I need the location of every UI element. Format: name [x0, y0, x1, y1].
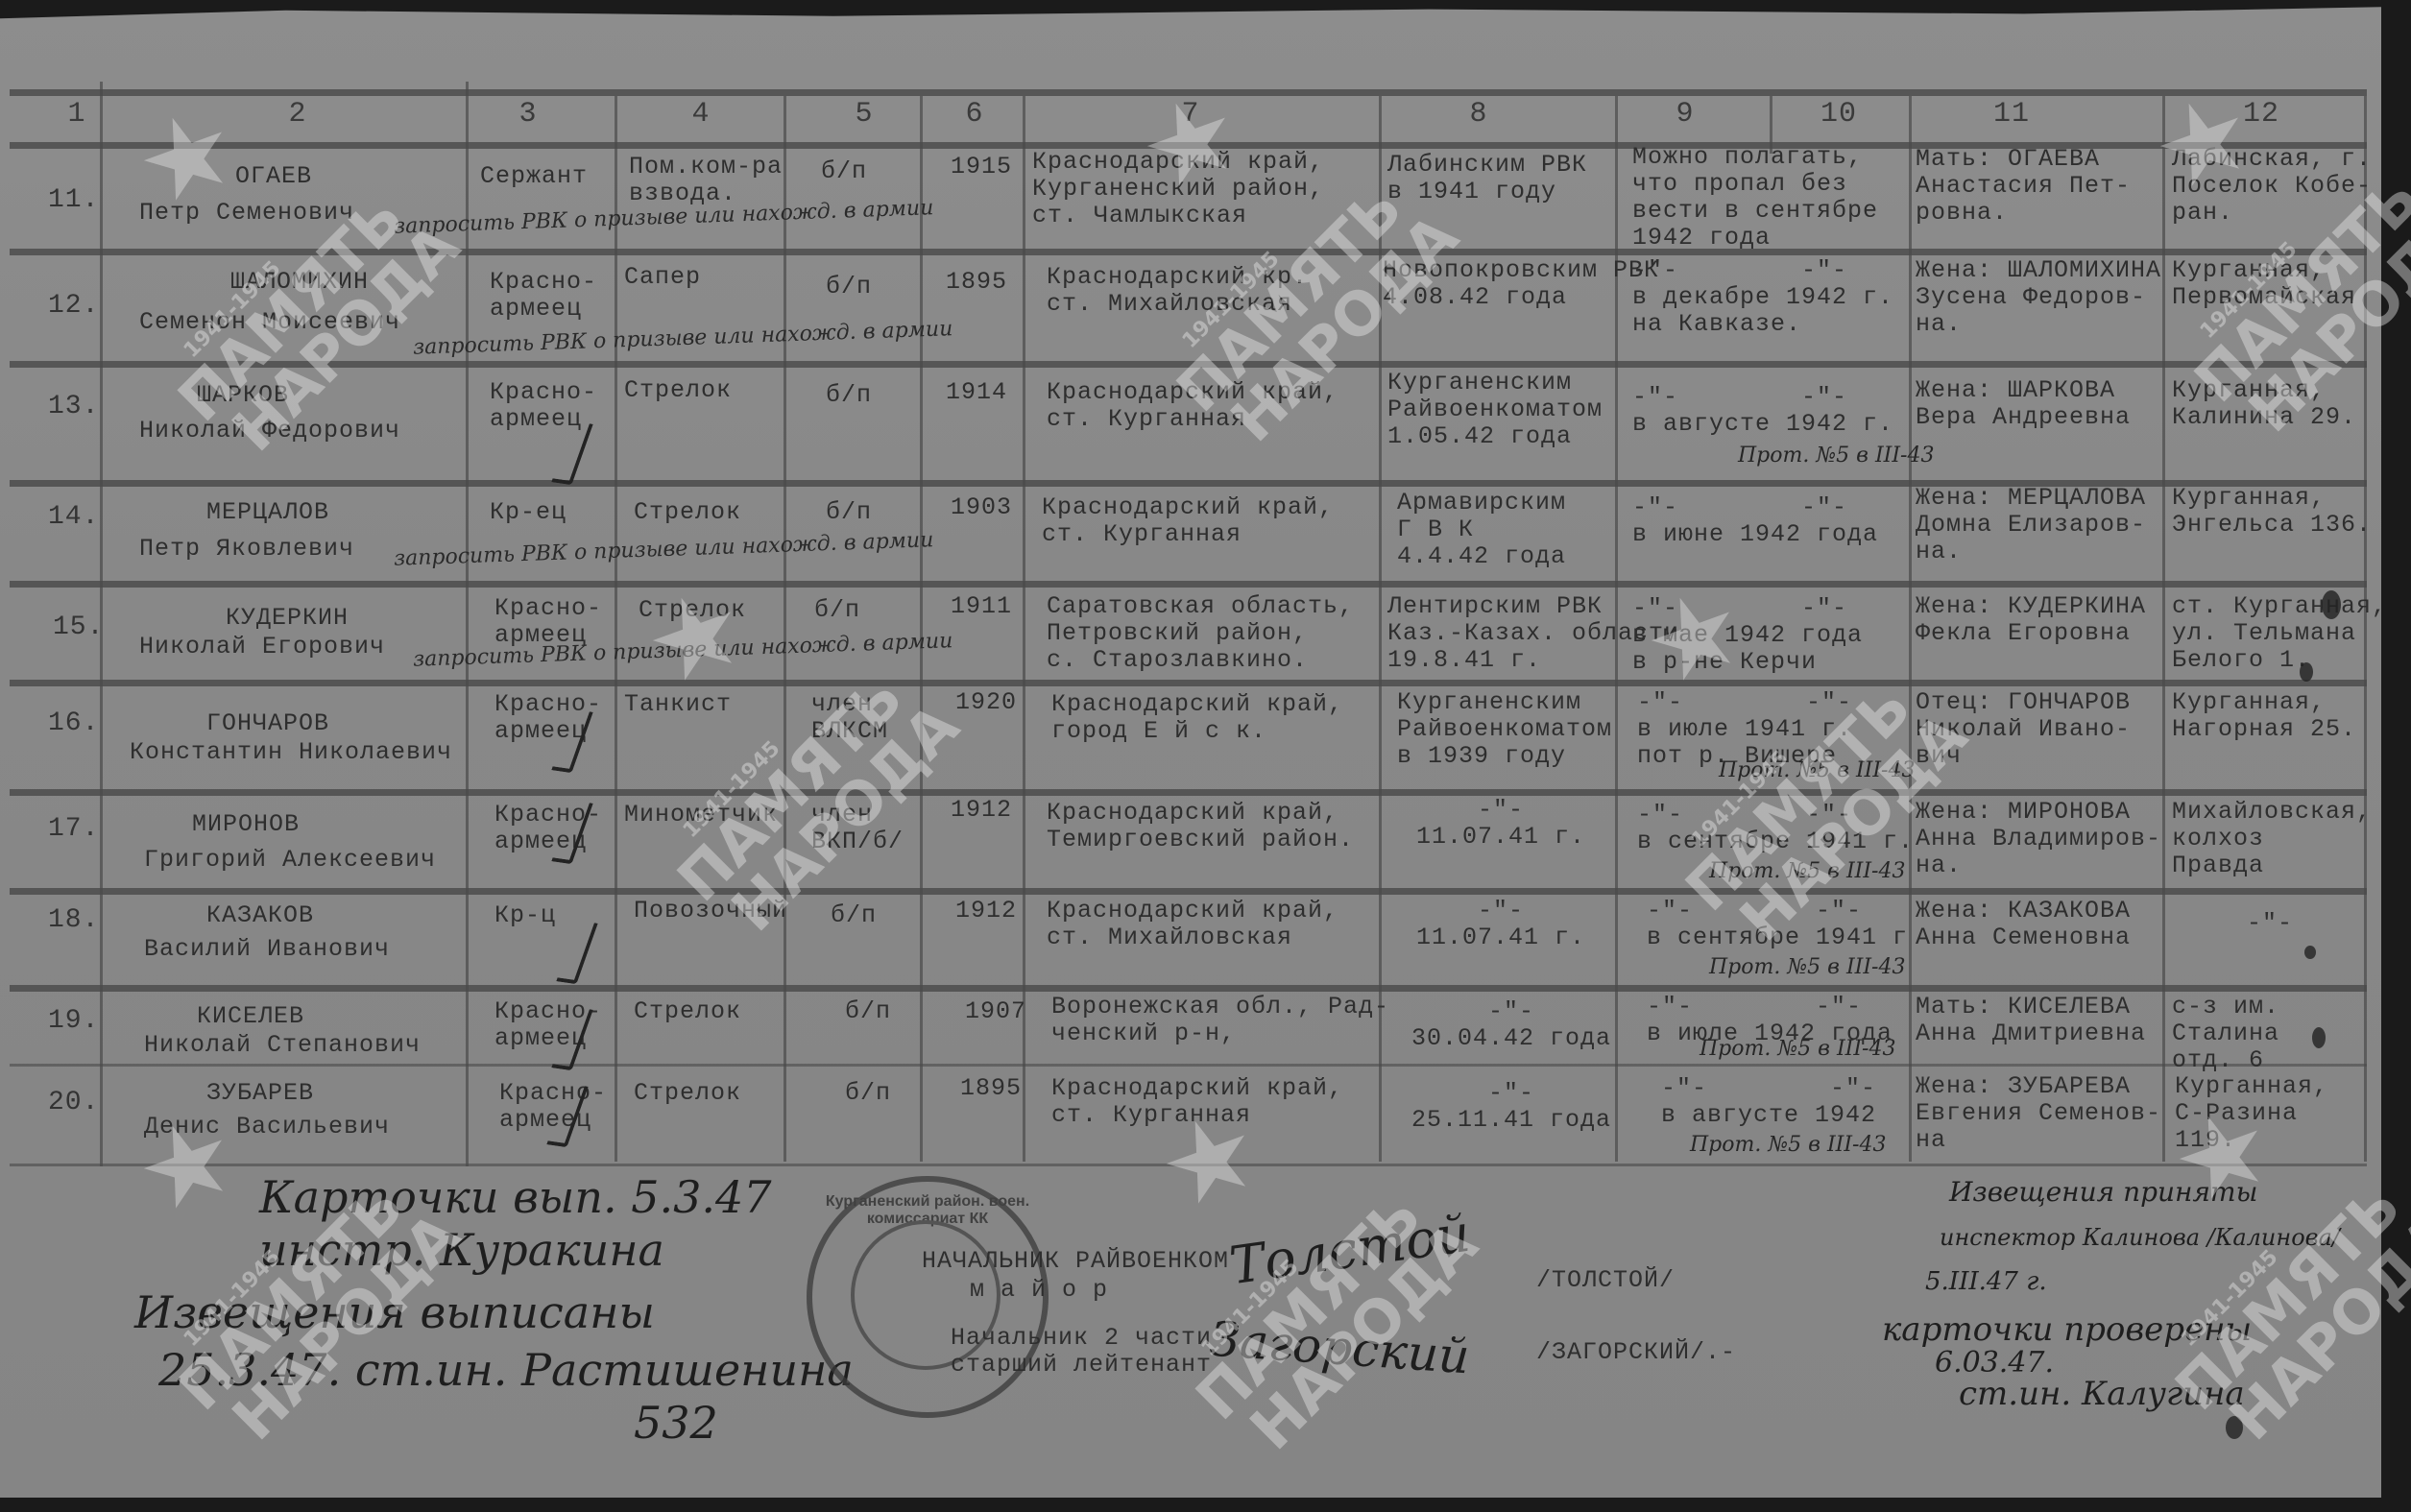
- fate: Можно полагать, что пропал без вести в с…: [1632, 144, 1878, 252]
- given-names: Константин Николаевич: [130, 739, 452, 766]
- fate: -"- -"- в августе 1942 г.: [1632, 384, 1893, 438]
- row-rule: [10, 1064, 2367, 1067]
- relative-address: Михайловская, колхоз Правда: [2172, 799, 2372, 879]
- party: б/п: [845, 998, 891, 1025]
- table-top-rule: [10, 89, 2367, 96]
- handwritten-cards-issued: Карточки вып. 5.3.47: [259, 1171, 772, 1223]
- handwritten-protocol-note: Прот. №5 в III-43: [1700, 1037, 1895, 1061]
- drafted-by: -"- 25.11.41 года: [1411, 1080, 1611, 1134]
- given-names: Петр Семенович: [139, 200, 354, 227]
- relative-address: с-з им. Сталина отд. 6: [2172, 994, 2279, 1074]
- check-mark: [556, 921, 598, 984]
- surname: МИРОНОВ: [192, 811, 300, 838]
- position: Минометчик: [624, 802, 778, 828]
- given-names: Василий Иванович: [144, 936, 390, 963]
- drafted-by: Курганенским Райвоенкоматом в 1939 году: [1397, 689, 1612, 770]
- relative: Жена: КУДЕРКИНА Фекла Егоровна: [1916, 593, 2146, 647]
- column-header-2: 2: [278, 101, 317, 128]
- paper-damage: [2304, 946, 2316, 959]
- row-rule: [10, 680, 2367, 686]
- row-number: 13.: [48, 394, 99, 420]
- row-number: 20.: [48, 1090, 99, 1116]
- relative-address: ст. Курганная, ул. Тельмана Белого 1.: [2172, 593, 2387, 674]
- party: б/п: [826, 499, 872, 526]
- birthplace: Краснодарский край, ст. Курганная: [1051, 1075, 1343, 1129]
- birthplace: Саратовская область, Петровский район, с…: [1047, 593, 1354, 674]
- party: б/п: [826, 274, 872, 300]
- row-number: 17.: [48, 816, 99, 843]
- handwritten-cards-checked: карточки проверены: [1882, 1310, 2252, 1349]
- drafted-by: -"- 30.04.42 года: [1411, 998, 1611, 1052]
- handwritten-inspector: инстр. Куракина: [259, 1224, 664, 1276]
- signatory-rank-2: старший лейтенант: [951, 1352, 1212, 1379]
- handwritten-number: 532: [634, 1397, 718, 1449]
- party: б/п: [831, 902, 877, 929]
- birth-year: 1914: [946, 379, 1007, 406]
- surname: КУДЕРКИН: [226, 605, 349, 632]
- surname: КИСЕЛЕВ: [197, 1003, 304, 1030]
- row-number: 12.: [48, 293, 99, 320]
- birth-year: 1920: [955, 689, 1017, 716]
- relative: Мать: ОГАЕВА Анастасия Пет- ровна.: [1916, 146, 2131, 227]
- given-names: Петр Яковлевич: [139, 536, 354, 563]
- birth-year: 1895: [946, 269, 1007, 296]
- handwritten-note: запросить РВК о призыве или нахожд. в ар…: [413, 317, 953, 360]
- fate: -"- -"- в сентябре 1941 г: [1647, 898, 1908, 951]
- row-number: 16.: [48, 710, 99, 737]
- relative: Жена: ЗУБАРЕВА Евгения Семенов- на: [1916, 1073, 2161, 1154]
- column-header-10: 10: [1815, 101, 1863, 128]
- party: б/п: [814, 597, 860, 624]
- row-number: 11.: [48, 187, 99, 214]
- row-rule: [10, 361, 2367, 368]
- position: Повозочный: [634, 898, 787, 924]
- rank: Красно- армеец: [490, 269, 597, 323]
- given-names: Николай Степанович: [144, 1032, 421, 1059]
- relative-address: Курганная, Калинина 29.: [2172, 377, 2356, 431]
- fate: -"- -"- в декабре 1942 г. на Кавказе.: [1632, 257, 1893, 338]
- position: Стрелок: [634, 998, 741, 1025]
- given-names: Денис Васильевич: [144, 1114, 390, 1140]
- birthplace: Краснодарский край, Курганенский район, …: [1032, 149, 1324, 229]
- relative-address: Курганная, Нагорная 25.: [2172, 689, 2356, 743]
- birthplace: Краснодарский край, город Е й с к.: [1051, 691, 1343, 745]
- relative: Жена: ШАРКОВА Вера Андреевна: [1916, 377, 2131, 431]
- relative: Жена: ШАЛОМИХИНА Зусена Федоров- на.: [1916, 257, 2161, 338]
- row-rule: [10, 985, 2367, 992]
- handwritten-protocol-note: Прот. №5 в III-43: [1738, 444, 1934, 468]
- birth-year: 1911: [951, 593, 1012, 620]
- relative-address: Курганная, С-Разина 119.: [2175, 1073, 2328, 1154]
- drafted-by: Армавирским Г В К 4.4.42 года: [1397, 490, 1566, 570]
- party: б/п: [821, 158, 867, 185]
- birth-year: 1903: [951, 494, 1012, 521]
- handwritten-protocol-note: Прот. №5 в III-43: [1709, 859, 1905, 883]
- column-header-3: 3: [509, 101, 547, 128]
- rank: Сержант: [480, 163, 588, 190]
- position: Танкист: [624, 691, 732, 718]
- signatory-title: НАЧАЛЬНИК РАЙВОЕНКОМ: [922, 1248, 1229, 1275]
- row-rule: [10, 581, 2367, 588]
- party: б/п: [826, 382, 872, 409]
- given-names: Николай Федорович: [139, 418, 400, 444]
- row-number: 19.: [48, 1008, 99, 1035]
- birth-year: 1907: [965, 998, 1026, 1025]
- column-rule: [615, 96, 617, 1162]
- signatory-name-2: /ЗАГОРСКИЙ/.-: [1536, 1339, 1736, 1366]
- fate: -"- -"- в августе 1942: [1661, 1075, 1876, 1129]
- document-page: 1 2 3 4 5 6 7 8 9 10 11 12 11. ОГАЕВ Пет…: [0, 0, 2381, 1498]
- birth-year: 1895: [960, 1075, 1022, 1102]
- relative: Жена: МИРОНОВА Анна Владимиров- на.: [1916, 799, 2161, 879]
- watermark-star-icon: [132, 103, 242, 213]
- position: Стрелок: [634, 499, 741, 526]
- row-number: 18.: [48, 907, 99, 934]
- handwritten-protocol-note: Прот. №5 в III-43: [1709, 955, 1905, 979]
- paper-damage: [2226, 1416, 2243, 1439]
- handwritten-protocol-note: Прот. №5 в III-43: [1719, 758, 1915, 782]
- surname: ЗУБАРЕВ: [206, 1080, 314, 1107]
- fate: -"- -"- в сентябре 1941 г.: [1637, 802, 1914, 855]
- column-rule: [784, 96, 786, 1162]
- surname: ГОНЧАРОВ: [206, 710, 329, 737]
- relative: Мать: КИСЕЛЕВА Анна Дмитриевна: [1916, 994, 2146, 1047]
- column-header-8: 8: [1459, 101, 1498, 128]
- column-rule: [466, 82, 469, 1166]
- given-names: Григорий Алексеевич: [144, 847, 436, 874]
- drafted-by: -"- 11.07.41 г.: [1416, 898, 1585, 951]
- handwritten-check-inspector: ст.ин. Калугина: [1959, 1375, 2245, 1413]
- signatory-title-2: Начальник 2 части: [951, 1325, 1212, 1352]
- row-rule: [10, 888, 2367, 895]
- rank: Кр-ц: [494, 902, 556, 929]
- birth-year: 1912: [951, 797, 1012, 824]
- handwritten-protocol-note: Прот. №5 в III-43: [1690, 1133, 1886, 1157]
- column-rule: [2162, 96, 2165, 1162]
- paper-damage: [2322, 590, 2341, 619]
- drafted-by: -"- 11.07.41 г.: [1416, 797, 1585, 851]
- birthplace: Краснодарский край, Темиргоевский район.: [1047, 800, 1354, 853]
- row-rule: [10, 789, 2367, 796]
- position: Стрелок: [624, 377, 732, 404]
- column-header-11: 11: [1988, 101, 2036, 128]
- relative-address: Курганная, Первомайская: [2172, 257, 2356, 311]
- fate: -"- -"- в июне 1942 года: [1632, 494, 1878, 548]
- signature-2: Загорский: [1208, 1311, 1471, 1385]
- position: Сапер: [624, 264, 701, 291]
- given-names: Николай Егорович: [139, 634, 385, 660]
- birthplace: Краснодарский край, ст. Курганная: [1047, 379, 1338, 433]
- relative-address: -"-: [2247, 910, 2293, 937]
- column-header-4: 4: [682, 101, 720, 128]
- surname: ОГАЕВ: [235, 163, 312, 190]
- party: член ВКП/б/: [811, 802, 904, 855]
- relative: Отец: ГОНЧАРОВ Николай Ивано- вич: [1916, 689, 2131, 770]
- signatory-rank: м а й о р: [970, 1277, 1108, 1304]
- birthplace: Краснодарский край, ст. Курганная: [1042, 494, 1334, 548]
- row-rule: [10, 249, 2367, 255]
- column-header-9: 9: [1666, 101, 1704, 128]
- birthplace: Краснодарский край, ст. Михайловская: [1047, 898, 1338, 951]
- party: б/п: [845, 1080, 891, 1107]
- handwritten-date-inspector: 25.3.47. ст.ин. Растишенина: [158, 1344, 854, 1396]
- row-number: 15.: [53, 614, 104, 641]
- column-header-12: 12: [2237, 101, 2285, 128]
- birthplace: Краснодарский кр. ст. Михайловская: [1047, 264, 1308, 318]
- handwritten-note: запросить РВК о призыве или нахожд. в ар…: [394, 528, 934, 571]
- position: Стрелок: [634, 1080, 741, 1107]
- paper-damage: [2312, 1027, 2326, 1048]
- handwritten-date-right: 5.III.47 г.: [1925, 1267, 2047, 1296]
- relative-address: Курганная, Энгельса 136.: [2172, 485, 2372, 539]
- paper-damage: [2300, 662, 2313, 682]
- surname: ШАРКОВ: [197, 382, 289, 409]
- signatory-name-1: /ТОЛСТОЙ/: [1536, 1267, 1675, 1294]
- column-rule: [1909, 96, 1912, 1162]
- handwritten-notices-written: Извещения выписаны: [134, 1286, 655, 1338]
- relative: Жена: МЕРЦАЛОВА Домна Елизаров- на.: [1916, 485, 2146, 565]
- handwritten-inspector-right: инспектор Калинова /Калинова/: [1940, 1224, 2340, 1251]
- party: член ВЛКСМ: [811, 691, 888, 745]
- birth-year: 1915: [951, 154, 1012, 180]
- position: Пом.ком-ра взвода.: [629, 154, 783, 207]
- drafted-by: Курганенским Райвоенкоматом 1.05.42 года: [1387, 370, 1603, 450]
- drafted-by: Лабинским РВК в 1941 году: [1387, 152, 1587, 205]
- column-rule: [920, 96, 923, 1162]
- birthplace: Воронежская обл., Рад- ченский р-н,: [1051, 994, 1389, 1047]
- signature-1: Толстой: [1226, 1203, 1474, 1296]
- surname: МЕРЦАЛОВ: [206, 499, 329, 526]
- given-names: Семенон Моисеевич: [139, 309, 400, 336]
- row-number: 14.: [48, 504, 99, 531]
- column-header-5: 5: [845, 101, 883, 128]
- column-header-6: 6: [955, 101, 994, 128]
- surname: КАЗАКОВ: [206, 902, 314, 929]
- rank: Кр-ец: [490, 499, 567, 526]
- drafted-by: Новопокровским РВК 4.08.42 года: [1383, 257, 1659, 311]
- relative: Жена: КАЗАКОВА Анна Семеновна: [1916, 898, 2131, 951]
- birth-year: 1912: [955, 898, 1017, 924]
- column-header-1: 1: [58, 101, 96, 128]
- surname: ШАЛОМИХИН: [230, 269, 369, 296]
